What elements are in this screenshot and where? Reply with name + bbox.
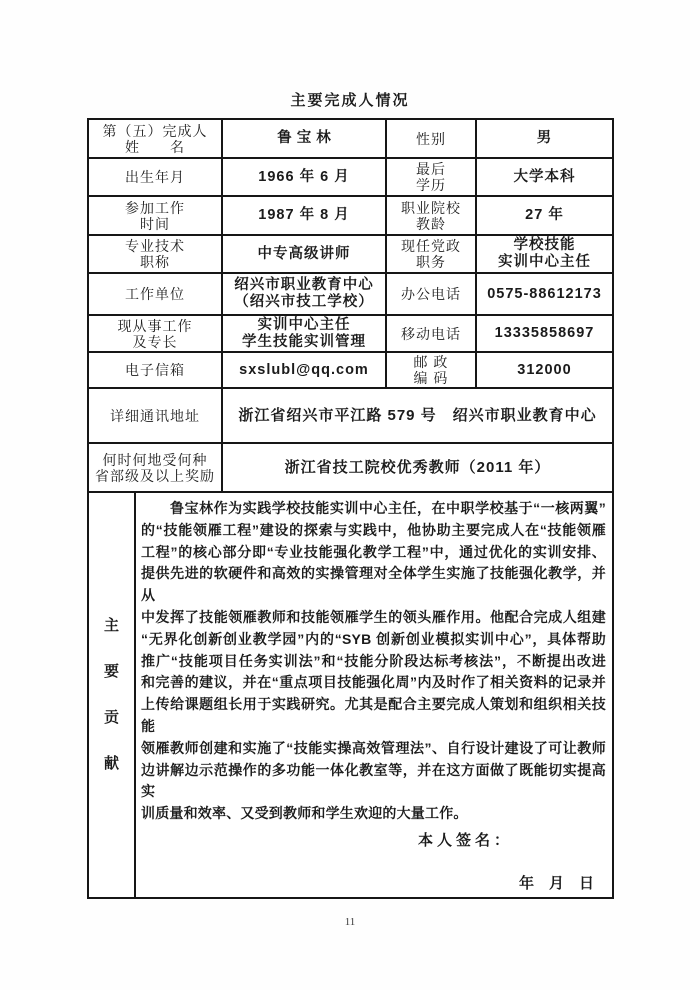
field-value-work-start: 1987 年 8 月 [223, 197, 387, 234]
field-label-address: 详细通讯地址 [89, 389, 223, 442]
field-label-teaching-years: 职业院校 教龄 [387, 197, 477, 234]
field-label-birthdate: 出生年月 [89, 159, 223, 195]
table-row: 何时何地受何种 省部级及以上奖励 浙江省技工院校优秀教师（2011 年） [89, 444, 612, 493]
paragraph-line: 和完善的建议，并在“重点项目技能强化周”内及时作了相关资料的记录并 [141, 672, 606, 694]
field-value-awards: 浙江省技工院校优秀教师（2011 年） [223, 444, 612, 491]
paragraph-line: 鲁宝林作为实践学校技能实训中心主任，在中职学校基于“一核两翼” [141, 498, 606, 520]
field-value-mobile-phone: 13335858697 [477, 316, 612, 351]
table-row: 出生年月 1966 年 6 月 最后 学历 大学本科 [89, 159, 612, 197]
field-value-birthdate: 1966 年 6 月 [223, 159, 387, 195]
field-label-name: 第（五）完成人 姓 名 [89, 120, 223, 157]
paragraph-line: 领雁教师创建和实施了“技能实操高效管理法”、自行设计建设了可让教师 [141, 738, 606, 760]
field-value-postcode: 312000 [477, 353, 612, 387]
field-label-email: 电子信箱 [89, 353, 223, 387]
field-value-office-phone: 0575-88612173 [477, 274, 612, 314]
signature-label: 本人签名： [418, 829, 513, 850]
field-label-education: 最后 学历 [387, 159, 477, 195]
field-label-position: 现任党政 职务 [387, 236, 477, 272]
field-label-specialty: 现从事工作 及专长 [89, 316, 223, 351]
field-label-awards: 何时何地受何种 省部级及以上奖励 [89, 444, 223, 491]
paragraph-line: 训质量和效率、又受到教师和学生欢迎的大量工作。 [141, 803, 606, 825]
table-row: 工作单位 绍兴市职业教育中心 （绍兴市技工学校） 办公电话 0575-88612… [89, 274, 612, 316]
field-label-work-start: 参加工作 时间 [89, 197, 223, 234]
table-row: 现从事工作 及专长 实训中心主任 学生技能实训管理 移动电话 133358586… [89, 316, 612, 353]
date-label: 年 月 日 [519, 872, 594, 893]
field-value-name: 鲁宝林 [223, 120, 387, 157]
field-value-employer: 绍兴市职业教育中心 （绍兴市技工学校） [223, 274, 387, 314]
contribution-content: 鲁宝林作为实践学校技能实训中心主任，在中职学校基于“一核两翼”的“技能领雁工程”… [136, 493, 612, 897]
table-row: 详细通讯地址 浙江省绍兴市平江路 579 号 绍兴市职业教育中心 [89, 389, 612, 444]
contribution-row: 主 要 贡 献 鲁宝林作为实践学校技能实训中心主任，在中职学校基于“一核两翼”的… [89, 493, 612, 897]
field-value-specialty: 实训中心主任 学生技能实训管理 [223, 316, 387, 351]
table-row: 电子信箱 sxslubl@qq.com 邮 政 编 码 312000 [89, 353, 612, 389]
table-row: 第（五）完成人 姓 名 鲁宝林 性别 男 [89, 120, 612, 159]
paragraph-line: “无界化创新创业教学园”内的“SYB 创新创业模拟实训中心”，具体帮助 [141, 629, 606, 651]
field-value-gender: 男 [477, 120, 612, 157]
document-page: 主要完成人情况 第（五）完成人 姓 名 鲁宝林 性别 男 出生年月 1966 年… [0, 0, 700, 990]
field-value-title: 中专高级讲师 [223, 236, 387, 272]
field-label-mobile-phone: 移动电话 [387, 316, 477, 351]
paragraph-line: 的“技能领雁工程”建设的探索与实践中，他协助主要完成人在“技能领雁 [141, 520, 606, 542]
paragraph-line: 工程”的核心部分即“专业技能强化教学工程”中，通过优化的实训安排、 [141, 542, 606, 564]
field-value-position: 学校技能 实训中心主任 [477, 236, 612, 272]
paragraph-line: 中发挥了技能领雁教师和技能领雁学生的领头雁作用。他配合完成人组建 [141, 607, 606, 629]
field-value-email: sxslubl@qq.com [223, 353, 387, 387]
contribution-label: 主 要 贡 献 [89, 493, 136, 897]
paragraph-line: 提供先进的软硬件和高效的实操管理对全体学生实施了技能强化教学，并从 [141, 563, 606, 607]
field-label-title: 专业技术 职称 [89, 236, 223, 272]
field-label-office-phone: 办公电话 [387, 274, 477, 314]
paragraph-line: 推广“技能项目任务实训法”和“技能分阶段达标考核法”，不断提出改进 [141, 651, 606, 673]
table-row: 参加工作 时间 1987 年 8 月 职业院校 教龄 27 年 [89, 197, 612, 236]
field-label-employer: 工作单位 [89, 274, 223, 314]
paragraph-line: 上传给课题组长用于实践研究。尤其是配合主要完成人策划和组织相关技能 [141, 694, 606, 738]
contribution-paragraph: 鲁宝林作为实践学校技能实训中心主任，在中职学校基于“一核两翼”的“技能领雁工程”… [141, 498, 606, 825]
page-number: 11 [0, 916, 700, 928]
completer-info-table: 第（五）完成人 姓 名 鲁宝林 性别 男 出生年月 1966 年 6 月 最后 … [87, 118, 614, 899]
page-title: 主要完成人情况 [0, 89, 700, 110]
field-value-teaching-years: 27 年 [477, 197, 612, 234]
field-label-gender: 性别 [387, 120, 477, 157]
field-label-postcode: 邮 政 编 码 [387, 353, 477, 387]
table-row: 专业技术 职称 中专高级讲师 现任党政 职务 学校技能 实训中心主任 [89, 236, 612, 274]
paragraph-line: 边讲解边示范操作的多功能一体化教室等，并在这方面做了既能切实提高实 [141, 760, 606, 804]
field-value-address: 浙江省绍兴市平江路 579 号 绍兴市职业教育中心 [223, 389, 612, 442]
field-value-education: 大学本科 [477, 159, 612, 195]
